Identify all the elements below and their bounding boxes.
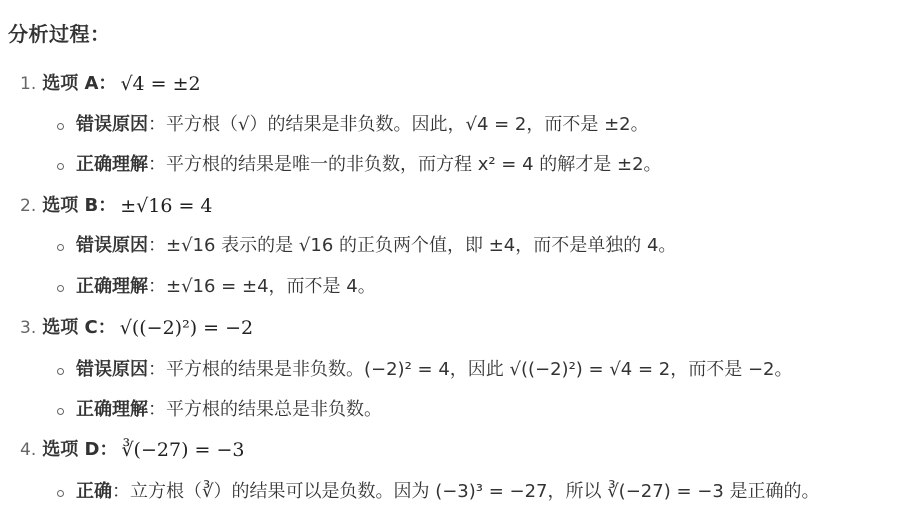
item-text: 立方根（∛）的结果可以是负数。因为 (−3)³ = −27，所以 ∛(−27) … (130, 478, 820, 506)
item-text: 平方根的结果是非负数。(−2)² = 4，因此 √((−2)²) = √4 = … (166, 356, 792, 384)
option-formula: √((−2)²) = −2 (120, 314, 253, 342)
option-d-line: 4. 选项 D： ∛(−27) = −3 (20, 436, 249, 464)
circle-bullet-icon (57, 408, 64, 415)
item-label: 错误原因 (76, 232, 148, 260)
item-text: ±√16 = ±4，而不是 4。 (166, 273, 376, 301)
item-colon: ： (112, 478, 130, 506)
item-colon: ： (148, 273, 166, 301)
item-colon: ： (148, 356, 166, 384)
list-number: 1. (20, 70, 36, 98)
option-b-item-2: 正确理解 ： ±√16 = ±4，而不是 4。 (57, 273, 376, 301)
analysis-heading: 分析过程： (8, 18, 111, 47)
option-formula: √4 = ±2 (120, 70, 200, 98)
option-label: 选项 D： (42, 436, 117, 464)
item-colon: ： (148, 232, 166, 260)
option-b-item-1: 错误原因 ： ±√16 表示的是 √16 的正负两个值，即 ±4，而不是单独的 … (57, 232, 676, 260)
option-a-item-1: 错误原因 ： 平方根（√）的结果是非负数。因此，√4 = 2，而不是 ±2。 (57, 111, 649, 139)
circle-bullet-icon (57, 123, 64, 130)
item-label: 正确理解 (76, 151, 148, 179)
option-d-item-1: 正确 ： 立方根（∛）的结果可以是负数。因为 (−3)³ = −27，所以 ∛(… (57, 478, 820, 506)
option-c-item-2: 正确理解 ： 平方根的结果总是非负数。 (57, 396, 382, 424)
item-label: 正确理解 (76, 396, 148, 424)
item-label: 正确 (76, 478, 112, 506)
circle-bullet-icon (57, 490, 64, 497)
list-number: 4. (20, 436, 36, 464)
item-label: 错误原因 (76, 111, 148, 139)
list-number: 2. (20, 192, 36, 220)
item-text: 平方根（√）的结果是非负数。因此，√4 = 2，而不是 ±2。 (166, 111, 649, 139)
item-label: 错误原因 (76, 356, 148, 384)
list-number: 3. (20, 314, 36, 342)
option-label: 选项 A： (42, 70, 116, 98)
option-a-item-2: 正确理解 ： 平方根的结果是唯一的非负数，而方程 x² = 4 的解才是 ±2。 (57, 151, 662, 179)
circle-bullet-icon (57, 368, 64, 375)
item-colon: ： (148, 151, 166, 179)
option-b-line: 2. 选项 B： ±√16 = 4 (20, 192, 217, 220)
circle-bullet-icon (57, 244, 64, 251)
option-formula: ±√16 = 4 (120, 192, 212, 220)
option-c-item-1: 错误原因 ： 平方根的结果是非负数。(−2)² = 4，因此 √((−2)²) … (57, 356, 792, 384)
option-label: 选项 B： (42, 192, 116, 220)
option-formula: ∛(−27) = −3 (121, 436, 244, 464)
option-a-line: 1. 选项 A： √4 = ±2 (20, 70, 205, 98)
option-c-line: 3. 选项 C： √((−2)²) = −2 (20, 314, 257, 342)
item-colon: ： (148, 396, 166, 424)
circle-bullet-icon (57, 163, 64, 170)
circle-bullet-icon (57, 285, 64, 292)
item-text: ±√16 表示的是 √16 的正负两个值，即 ±4，而不是单独的 4。 (166, 232, 676, 260)
option-label: 选项 C： (42, 314, 115, 342)
item-text: 平方根的结果总是非负数。 (166, 396, 382, 424)
item-label: 正确理解 (76, 273, 148, 301)
item-colon: ： (148, 111, 166, 139)
item-text: 平方根的结果是唯一的非负数，而方程 x² = 4 的解才是 ±2。 (166, 151, 662, 179)
